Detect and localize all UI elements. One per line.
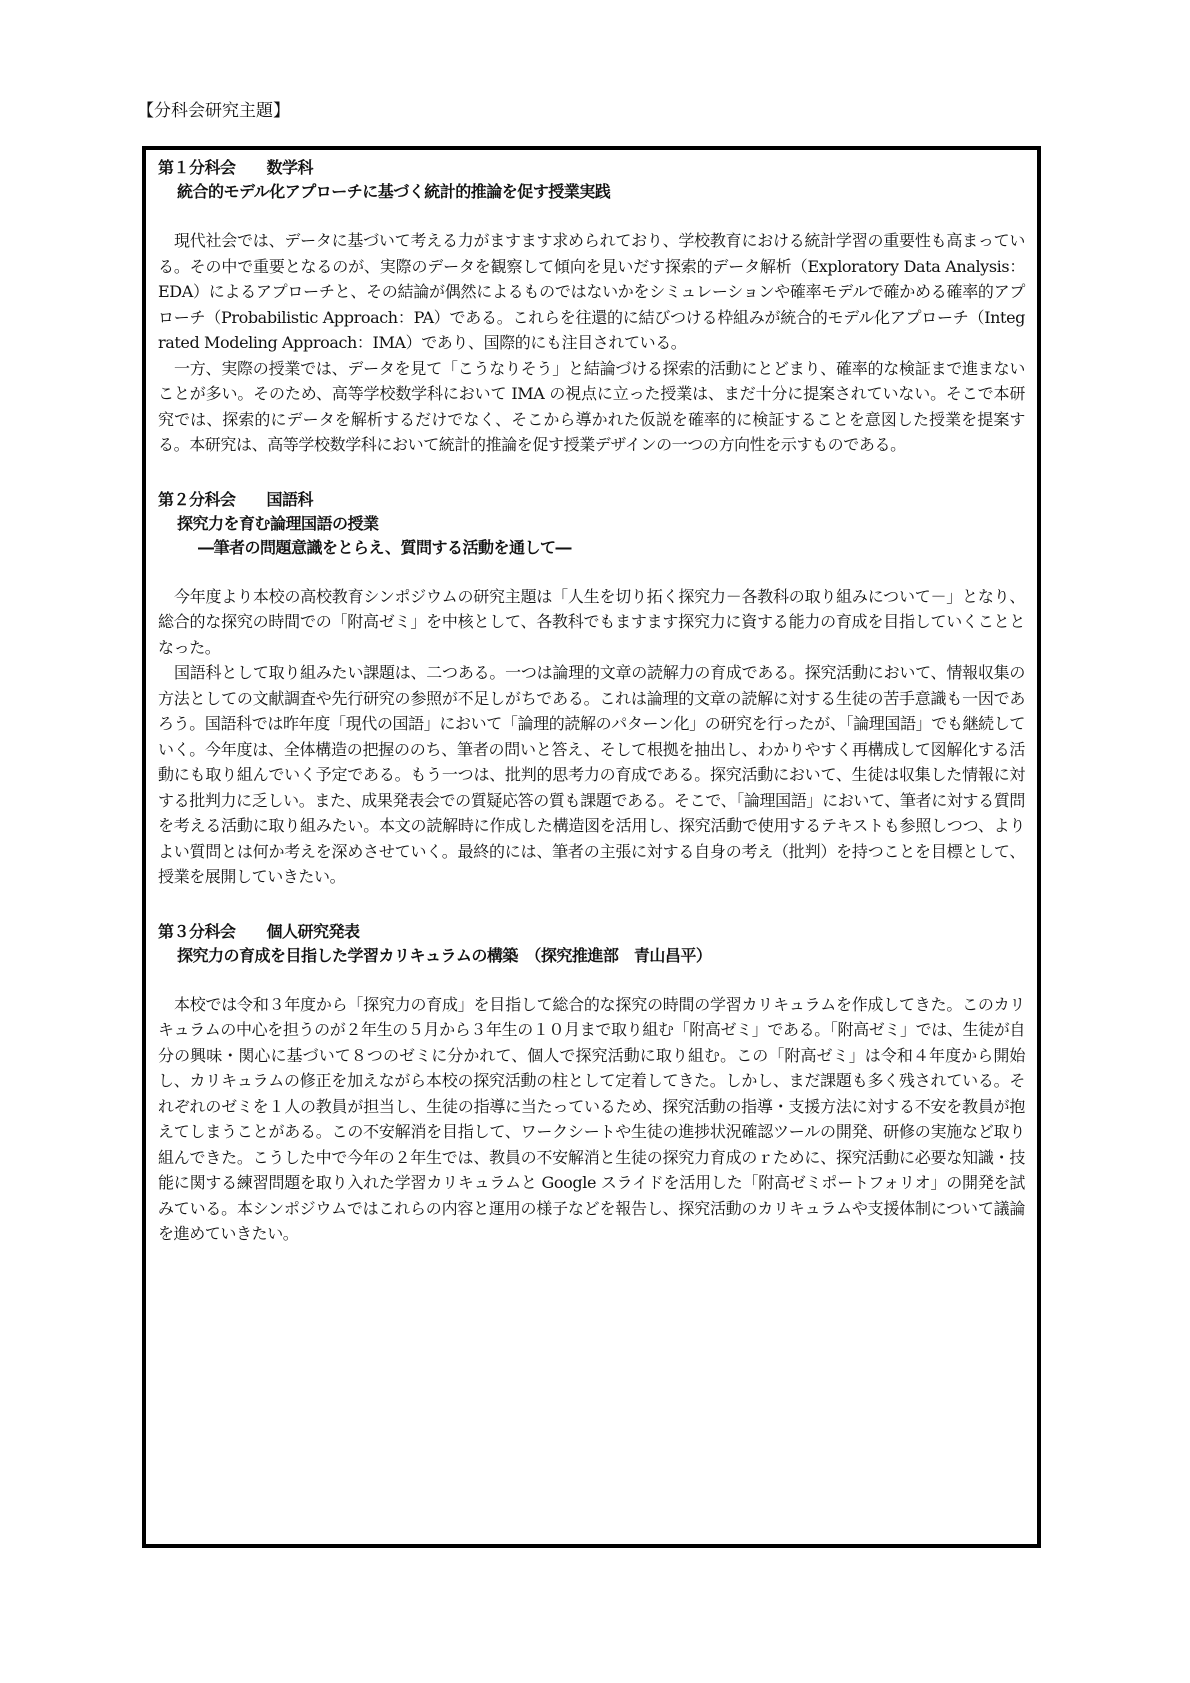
section-subtitle: ―筆者の問題意識をとらえ、質問する活動を通して― [158,536,1025,560]
section-2-japanese: 第２分科会 国語科 探究力を育む論理国語の授業 ―筆者の問題意識をとらえ、質問す… [158,488,1025,890]
spacer [158,560,1025,584]
section-title: 探究力を育む論理国語の授業 [158,512,1025,536]
section-title: 統合的モデル化アプローチに基づく統計的推論を促す授業実践 [158,180,1025,204]
section-heading: 第１分科会 数学科 [158,156,1025,180]
section-1-mathematics: 第１分科会 数学科 統合的モデル化アプローチに基づく統計的推論を促す授業実践 現… [158,156,1025,458]
page-heading: 【分科会研究主題】 [137,100,290,122]
section-3-individual-research: 第３分科会 個人研究発表 探究力の育成を目指した学習カリキュラムの構築 （探究推… [158,920,1025,1247]
section-heading: 第３分科会 個人研究発表 [158,920,1025,944]
section-paragraph: 現代社会では、データに基づいて考える力がますます求められており、学校教育における… [158,228,1025,356]
spacer [158,890,1025,920]
section-title: 探究力の育成を目指した学習カリキュラムの構築 （探究推進部 青山昌平） [158,944,1025,968]
section-paragraph: 一方、実際の授業では、データを見て「こうなりそう」と結論づける探索的活動にとどま… [158,356,1025,458]
spacer [158,204,1025,228]
section-paragraph: 本校では令和３年度から「探究力の育成」を目指して総合的な探究の時間の学習カリキュ… [158,992,1025,1247]
section-heading: 第２分科会 国語科 [158,488,1025,512]
research-themes-box: 第１分科会 数学科 統合的モデル化アプローチに基づく統計的推論を促す授業実践 現… [142,146,1041,1548]
section-paragraph: 今年度より本校の高校教育シンポジウムの研究主題は「人生を切り拓く探究力－各教科の… [158,584,1025,661]
spacer [158,968,1025,992]
section-paragraph: 国語科として取り組みたい課題は、二つある。一つは論理的文章の読解力の育成である。… [158,660,1025,890]
spacer [158,458,1025,488]
